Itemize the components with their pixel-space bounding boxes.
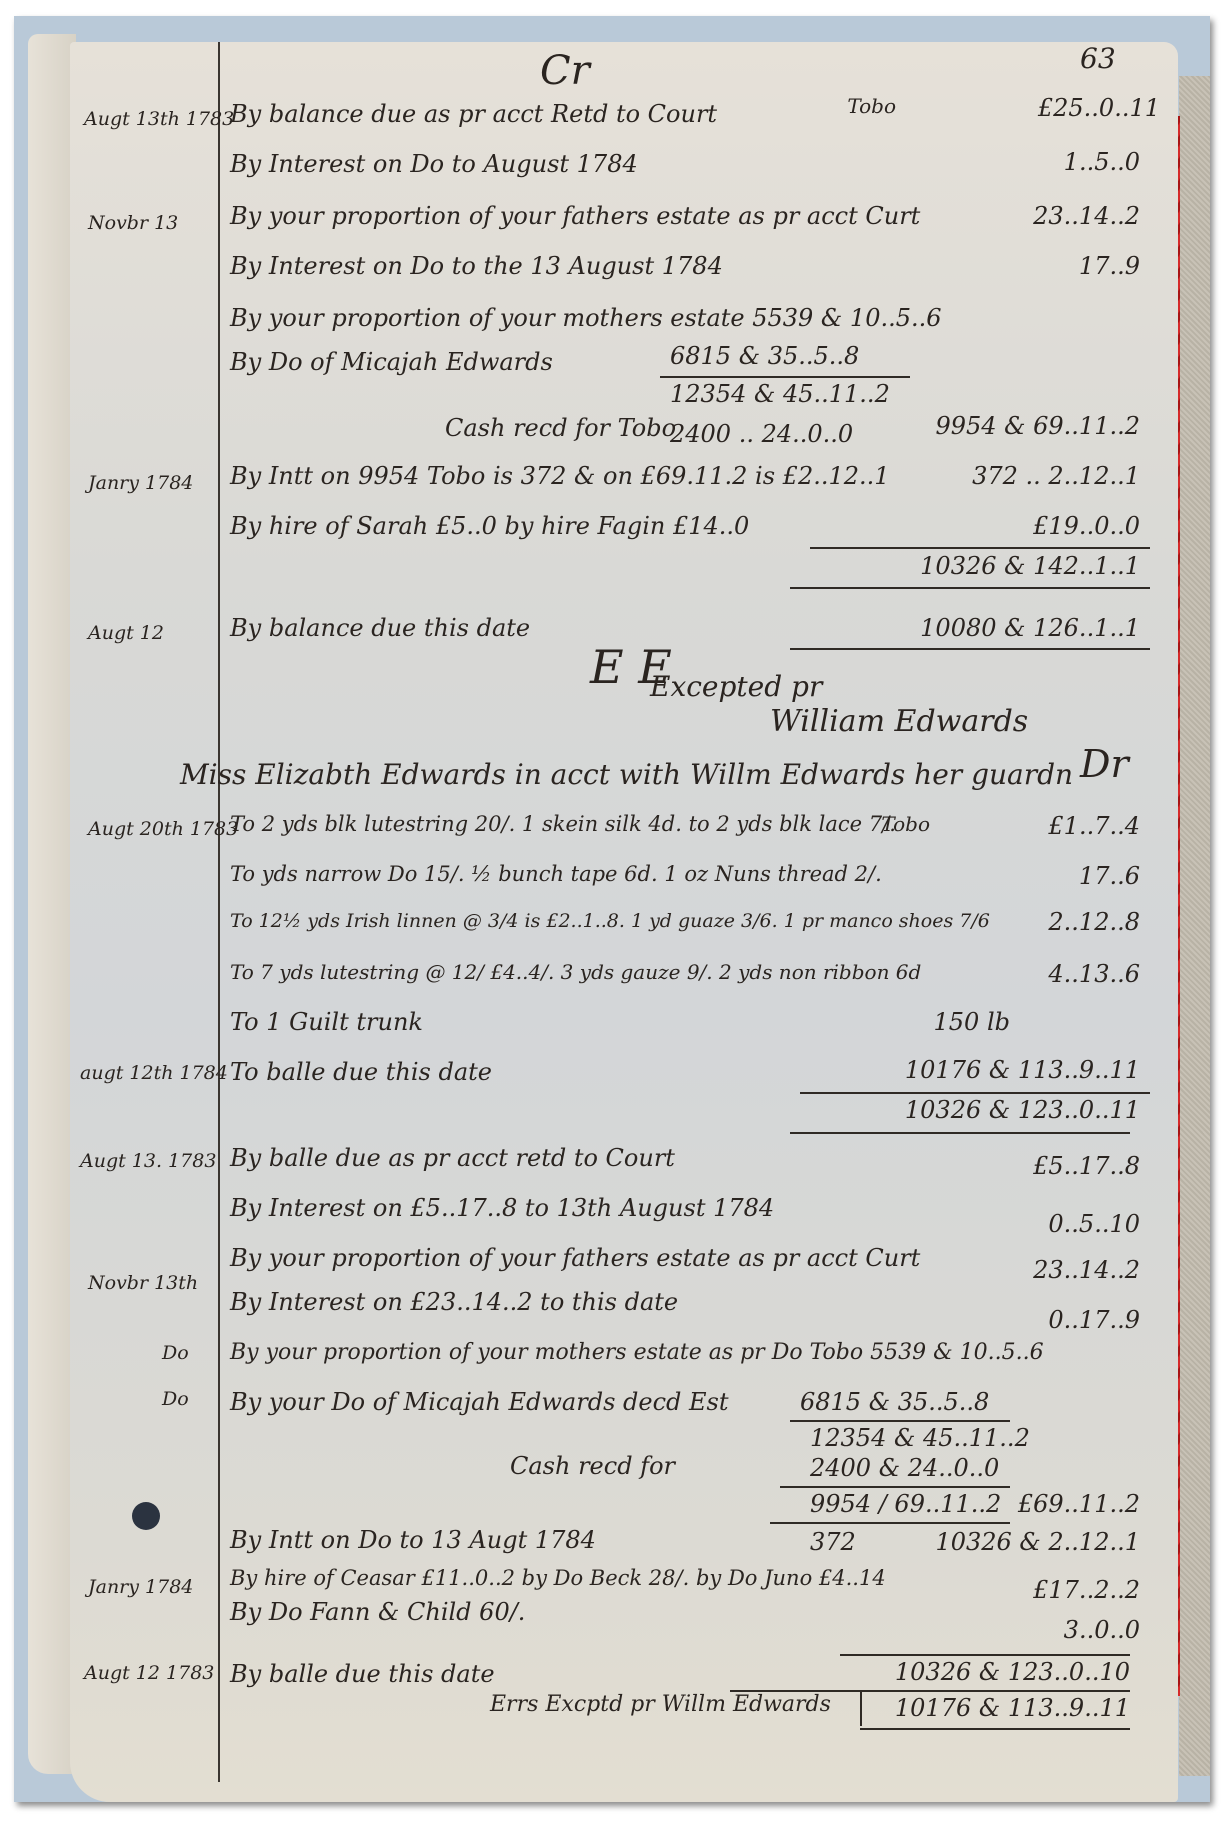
entry-amount: 17..9 bbox=[900, 252, 1140, 280]
entry-text: To balle due this date bbox=[230, 1058, 492, 1086]
entry-amount: 10326 & 2..12..1 bbox=[890, 1528, 1140, 1556]
closing-date: Augt 12 1783 bbox=[84, 1662, 214, 1684]
entry-text: By Intt on Do to 13 Augt 1784 bbox=[230, 1526, 596, 1554]
entry-amount: 0..5..10 bbox=[930, 1210, 1140, 1238]
entry-text: By Interest on Do to the 13 August 1784 bbox=[230, 252, 723, 280]
entry-amount: 23..14..2 bbox=[900, 202, 1140, 230]
subtotal-rule bbox=[790, 1420, 1010, 1422]
total-rule bbox=[840, 1654, 1130, 1656]
entry-text: To 1 Guilt trunk bbox=[230, 1008, 423, 1036]
entry-date: Augt 13. 1783 bbox=[80, 1150, 216, 1172]
entry-text: By your Do of Micajah Edwards decd Est bbox=[230, 1388, 729, 1416]
entry-amount: £69..11..2 bbox=[1000, 1490, 1140, 1518]
entry-amount: 4..13..6 bbox=[930, 960, 1140, 988]
entry-date: Augt 20th 1783 bbox=[88, 818, 238, 840]
entry-text: By your proportion of your fathers estat… bbox=[230, 1244, 920, 1272]
total-rule bbox=[860, 1728, 1130, 1730]
entry-text: To yds narrow Do 15/. ½ bunch tape 6d. 1… bbox=[230, 862, 882, 886]
ledger-page: Cr 63 Augt 13th 1783 By balance due as p… bbox=[70, 42, 1178, 1802]
subtotal-rule bbox=[660, 376, 910, 378]
entry-text: By your proportion of your fathers estat… bbox=[230, 202, 920, 230]
book-cloth-binding bbox=[1179, 76, 1210, 1776]
total-rule bbox=[810, 547, 1150, 549]
entry-date: Janry 1784 bbox=[88, 1576, 193, 1598]
closing-text: By balle due this date bbox=[230, 1660, 495, 1688]
entry-amount: £19..0..0 bbox=[900, 512, 1140, 540]
total-rule bbox=[790, 648, 1150, 650]
entry-text: By Interest on £23..14..2 to this date bbox=[230, 1288, 678, 1316]
section-total: 10326 & 123..0..10 bbox=[830, 1658, 1130, 1686]
sub-amount: 6815 & 35..5..8 bbox=[670, 342, 890, 370]
entry-date: Novbr 13 bbox=[88, 212, 178, 234]
closing-date: Augt 12 bbox=[88, 622, 164, 644]
entry-date: Novbr 13th bbox=[88, 1272, 198, 1294]
entry-text: By your proportion of your mothers estat… bbox=[230, 304, 942, 332]
entry-text: By balle due as pr acct retd to Court bbox=[230, 1144, 675, 1172]
entry-amount: 3..0..0 bbox=[930, 1616, 1140, 1644]
section-total: 10326 & 123..0..11 bbox=[830, 1096, 1140, 1124]
ledger-photo: Cr 63 Augt 13th 1783 By balance due as p… bbox=[14, 16, 1210, 1802]
sub-amount: 372 bbox=[810, 1528, 880, 1556]
total-rule bbox=[790, 587, 1150, 589]
sub-amount: 12354 & 45..11..2 bbox=[670, 380, 890, 408]
entry-amount: £17..2..2 bbox=[930, 1576, 1140, 1604]
entry-amount: 1..5..0 bbox=[900, 148, 1140, 176]
entry-text: By hire of Ceasar £11..0..2 by Do Beck 2… bbox=[230, 1566, 886, 1590]
entry-text: By balance due as pr acct Retd to Court bbox=[230, 100, 717, 128]
entry-text: By Interest on Do to August 1784 bbox=[230, 150, 638, 178]
entry-text: To 2 yds blk lutestring 20/. 1 skein sil… bbox=[230, 812, 896, 836]
entry-date: augt 12th 1784 bbox=[80, 1062, 228, 1084]
closing-text: By balance due this date bbox=[230, 614, 530, 642]
entry-text: Cash recd for Tobo bbox=[445, 414, 676, 442]
entry-text: By hire of Sarah £5..0 by hire Fagin £14… bbox=[230, 512, 749, 540]
pushpin-icon bbox=[132, 1502, 160, 1530]
excepted-label: Excepted pr bbox=[650, 670, 822, 703]
entry-amount: 23..14..2 bbox=[930, 1256, 1140, 1284]
total-rule bbox=[790, 1132, 1130, 1134]
sub-amount: 2400 & 24..0..0 bbox=[810, 1454, 1020, 1482]
sub-amount: 6815 & 35..5..8 bbox=[800, 1388, 1010, 1416]
entry-date: Do bbox=[162, 1342, 189, 1364]
debit-column-header: Dr bbox=[1080, 742, 1129, 786]
total-rule bbox=[800, 1092, 1150, 1094]
account-heading: Miss Elizabth Edwards in acct with Willm… bbox=[180, 758, 1073, 791]
entry-date: Janry 1784 bbox=[88, 472, 193, 494]
entry-unit: Tobo bbox=[830, 94, 896, 118]
entry-amount: 2..12..8 bbox=[930, 908, 1140, 936]
section-total: 10326 & 142..1..1 bbox=[850, 552, 1140, 580]
entry-amount: 150 lb bbox=[890, 1008, 1010, 1036]
sub-amount: 9954 / 69..11..2 bbox=[810, 1490, 1010, 1518]
sub-amount: 2400 .. 24..0..0 bbox=[670, 420, 890, 448]
subtotal-rule bbox=[780, 1486, 1010, 1488]
entry-amount: 0..17..9 bbox=[930, 1306, 1140, 1334]
entry-date: Augt 13th 1783 bbox=[84, 108, 234, 130]
entry-text: To 12½ yds Irish linnen @ 3/4 is £2..1..… bbox=[230, 910, 990, 932]
entry-amount: 9954 & 69..11..2 bbox=[900, 412, 1140, 440]
date-margin-rule bbox=[218, 42, 220, 1782]
entry-amount: £5..17..8 bbox=[930, 1152, 1140, 1180]
closing-amount: 10176 & 113..9..11 bbox=[870, 1694, 1130, 1722]
entry-text: By your proportion of your mothers estat… bbox=[230, 1340, 1044, 1365]
entry-text: By Do of Micajah Edwards bbox=[230, 348, 553, 376]
closing-amount: 10080 & 126..1..1 bbox=[850, 614, 1140, 642]
entry-text: By Interest on £5..17..8 to 13th August … bbox=[230, 1194, 774, 1222]
entry-amount: 10176 & 113..9..11 bbox=[830, 1056, 1140, 1084]
entry-amount: £1..7..4 bbox=[930, 812, 1140, 840]
entry-text: To 7 yds lutestring @ 12/ £4..4/. 3 yds … bbox=[230, 960, 921, 984]
entry-text: By Do Fann & Child 60/. bbox=[230, 1598, 525, 1626]
sub-amount: 12354 & 45..11..2 bbox=[810, 1424, 1020, 1452]
entry-text: Cash recd for bbox=[510, 1452, 675, 1480]
credit-column-header: Cr bbox=[540, 48, 590, 94]
signature-william-edwards: William Edwards bbox=[770, 704, 1028, 739]
entry-amount: 372 .. 2..12..1 bbox=[900, 462, 1140, 490]
subtotal-rule bbox=[770, 1522, 1010, 1524]
errors-excepted-signature: Errs Excptd pr Willm Edwards bbox=[490, 1692, 831, 1717]
page-number: 63 bbox=[1080, 42, 1116, 75]
entry-text: By Intt on 9954 Tobo is 372 & on £69.11.… bbox=[230, 462, 890, 490]
entry-amount: £25..0..11 bbox=[900, 94, 1160, 122]
entry-date: Do bbox=[162, 1388, 189, 1410]
bracket-rule bbox=[860, 1692, 862, 1726]
entry-amount: 17..6 bbox=[930, 862, 1140, 890]
facing-page-edge bbox=[28, 34, 76, 1774]
entry-unit: Tobo bbox=[860, 812, 930, 836]
